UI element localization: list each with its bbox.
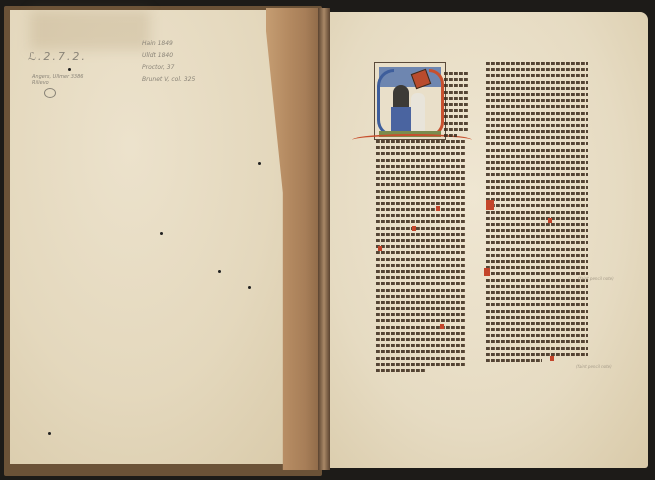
text-line: [444, 72, 468, 75]
text-line: [486, 87, 588, 90]
text-line: [486, 297, 588, 300]
text-line: [376, 202, 466, 205]
bib-note: Proctor, 37: [142, 62, 195, 74]
text-line: [486, 254, 588, 257]
text-line: [486, 105, 588, 108]
text-line: [486, 136, 588, 139]
text-line: [376, 258, 466, 261]
text-column-a: [376, 140, 466, 375]
text-line: [486, 235, 588, 238]
text-line: [486, 279, 588, 282]
text-line: [486, 211, 588, 214]
text-line: [376, 289, 466, 292]
blue-robe: [391, 107, 411, 133]
text-line: [444, 115, 468, 118]
wormhole: [160, 232, 163, 235]
text-line: [376, 165, 466, 168]
text-line: [486, 248, 588, 251]
text-line: [376, 264, 466, 267]
text-line: [376, 227, 466, 230]
text-line: [376, 152, 466, 155]
text-line: [486, 204, 588, 207]
text-line: [486, 142, 588, 145]
text-line: [376, 183, 466, 186]
wormhole: [68, 68, 71, 71]
text-line: [376, 313, 466, 316]
text-line: [486, 81, 588, 84]
text-line: [486, 130, 588, 133]
text-line: [444, 109, 468, 112]
text-line: [486, 340, 588, 343]
text-line: [486, 217, 588, 220]
text-line: [486, 241, 588, 244]
text-line: [376, 301, 466, 304]
wormhole: [258, 162, 261, 165]
text-line: [376, 332, 466, 335]
text-line: [486, 112, 588, 115]
spine-gutter: [318, 8, 330, 470]
text-line: [376, 307, 466, 310]
text-line: [486, 99, 588, 102]
historiated-initial: [374, 62, 446, 140]
text-line: [444, 78, 468, 81]
text-line: [486, 118, 588, 121]
shelfmark-note: ℒ.2.7.2.: [28, 50, 87, 63]
library-stamp: [44, 88, 56, 98]
text-line: [486, 161, 588, 164]
text-line: [486, 198, 588, 201]
text-line: [376, 159, 466, 162]
text-line: [486, 229, 588, 232]
text-line: [444, 122, 468, 125]
text-line: [486, 167, 588, 170]
text-line: [486, 266, 588, 269]
text-line: [486, 74, 588, 77]
text-line: [444, 84, 468, 87]
text-line: [486, 180, 588, 183]
text-line: [486, 149, 588, 152]
text-line: [376, 245, 466, 248]
text-line: [486, 359, 542, 362]
text-line: [376, 357, 466, 360]
text-line: [486, 223, 588, 226]
text-line: [376, 319, 466, 322]
rubric-mark: [436, 206, 440, 211]
rubric-mark: [378, 246, 382, 251]
text-line: [444, 134, 457, 137]
white-robed-figure: [411, 93, 425, 133]
text-line: [376, 220, 466, 223]
text-line: [486, 68, 588, 71]
text-line: [444, 103, 468, 106]
text-line: [486, 316, 588, 319]
text-line: [376, 146, 466, 149]
text-line: [376, 208, 466, 211]
margin-note: (faint pencil note): [576, 364, 612, 369]
open-book: ℒ.2.7.2. Angers, Ullmer 3386 Rilievo Hai…: [0, 0, 655, 480]
rubric-mark: [550, 356, 554, 361]
text-line: [486, 124, 588, 127]
text-line: [444, 91, 468, 94]
pencil-reference-2: Rilievo: [32, 80, 49, 86]
text-line: [486, 347, 588, 350]
wormhole: [48, 432, 51, 435]
text-line: [486, 322, 588, 325]
text-line: [444, 97, 468, 100]
text-line: [376, 171, 466, 174]
text-line: [376, 214, 466, 217]
text-line: [486, 155, 588, 158]
rubric-initial: [484, 268, 490, 276]
margin-note: (faint pencil note): [578, 276, 614, 281]
text-line: [376, 338, 466, 341]
text-line: [444, 128, 468, 131]
stain: [30, 10, 150, 50]
text-line: [486, 334, 588, 337]
text-line: [376, 344, 466, 347]
text-line: [376, 233, 466, 236]
bib-note: Brunet V, col. 325: [142, 74, 195, 86]
text-line: [486, 260, 588, 263]
initial-letter-right-stroke: [429, 69, 444, 137]
text-line: [486, 272, 588, 275]
text-line: [486, 285, 588, 288]
text-line: [376, 276, 466, 279]
bib-note: Hain 1849: [142, 38, 195, 50]
text-line: [376, 251, 466, 254]
text-line: [486, 186, 588, 189]
text-line: [486, 93, 588, 96]
text-line: [376, 282, 466, 285]
text-line: [486, 310, 588, 313]
text-line: [376, 295, 466, 298]
text-line: [486, 303, 588, 306]
rubric-mark: [548, 218, 552, 223]
text-line: [486, 62, 588, 65]
text-line: [486, 353, 588, 356]
text-line: [376, 196, 466, 199]
text-line: [486, 173, 588, 176]
text-line: [376, 369, 426, 372]
rubric-mark: [412, 226, 416, 231]
text-line: [376, 326, 466, 329]
bibliographic-notes: Hain 1849 Ulldt 1840 Proctor, 37 Brunet …: [142, 38, 195, 86]
text-line: [486, 192, 588, 195]
text-line: [376, 239, 466, 242]
text-line: [486, 328, 588, 331]
text-line: [376, 363, 466, 366]
text-line: [486, 291, 588, 294]
text-line: [376, 190, 466, 193]
text-column-a-top: [444, 72, 468, 140]
text-line: [376, 270, 466, 273]
text-line: [376, 350, 466, 353]
rubric-mark: [440, 324, 444, 329]
bib-note: Ulldt 1840: [142, 50, 195, 62]
text-line: [376, 140, 466, 143]
rubric-initial: [486, 200, 494, 210]
text-line: [376, 177, 466, 180]
wormhole: [248, 286, 251, 289]
text-column-b: [486, 62, 588, 365]
wormhole: [218, 270, 221, 273]
